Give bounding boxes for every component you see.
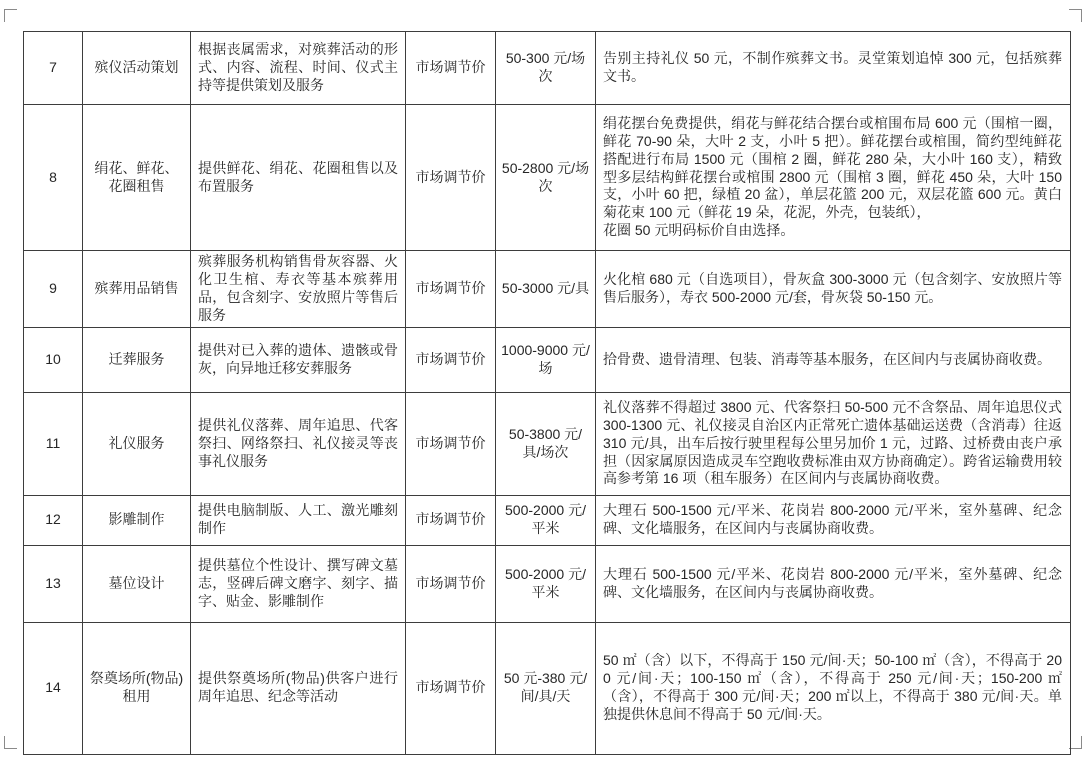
- table-row: 12 影雕制作 提供电脑制版、人工、激光雕刻制作 市场调节价 500-2000 …: [24, 495, 1071, 545]
- service-name: 礼仪服务: [83, 392, 191, 495]
- price-range: 1000-9000 元/场: [496, 327, 596, 392]
- table-row: 11 礼仪服务 提供礼仪落葬、周年追思、代客祭扫、网络祭扫、礼仪接灵等丧事礼仪服…: [24, 392, 1071, 495]
- pricing-method: 市场调节价: [406, 105, 496, 251]
- remark: 50 ㎡（含）以下，不得高于 150 元/间·天；50-100 ㎡（含），不得高…: [596, 622, 1071, 754]
- row-number: 12: [24, 495, 83, 545]
- row-number: 13: [24, 545, 83, 622]
- pricing-method: 市场调节价: [406, 392, 496, 495]
- crop-mark-top-right: [1069, 9, 1082, 22]
- document-page: 7 殡仪活动策划 根据丧属需求，对殡葬活动的形式、内容、流程、时间、仪式主持等提…: [0, 0, 1085, 757]
- table-row: 10 迁葬服务 提供对已入葬的遗体、遗骸或骨灰，向异地迁移安葬服务 市场调节价 …: [24, 327, 1071, 392]
- remark: 大理石 500-1500 元/平米、花岗岩 800-2000 元/平米，室外墓碑…: [596, 545, 1071, 622]
- table-row: 7 殡仪活动策划 根据丧属需求，对殡葬活动的形式、内容、流程、时间、仪式主持等提…: [24, 32, 1071, 105]
- service-description: 提供礼仪落葬、周年追思、代客祭扫、网络祭扫、礼仪接灵等丧事礼仪服务: [191, 392, 406, 495]
- pricing-method: 市场调节价: [406, 327, 496, 392]
- remark: 绢花摆台免费提供，绢花与鲜花结合摆台或棺围布局 600 元（围棺一圈，鲜花 70…: [596, 105, 1071, 251]
- price-range: 50 元-380 元/间/具/天: [496, 622, 596, 754]
- row-number: 14: [24, 622, 83, 754]
- row-number: 10: [24, 327, 83, 392]
- service-name: 影雕制作: [83, 495, 191, 545]
- price-range: 50-3800 元/具/场次: [496, 392, 596, 495]
- service-description: 根据丧属需求，对殡葬活动的形式、内容、流程、时间、仪式主持等提供策划及服务: [191, 32, 406, 105]
- table-row: 14 祭奠场所(物品)租用 提供祭奠场所(物品)供客户进行周年追思、纪念等活动 …: [24, 622, 1071, 754]
- price-range: 50-2800 元/场次: [496, 105, 596, 251]
- service-description: 殡葬服务机构销售骨灰容器、火化卫生棺、寿衣等基本殡葬用品，包含刻字、安放照片等售…: [191, 251, 406, 328]
- remark: 大理石 500-1500 元/平米、花岗岩 800-2000 元/平米，室外墓碑…: [596, 495, 1071, 545]
- service-name: 绢花、鲜花、花圈租售: [83, 105, 191, 251]
- row-number: 11: [24, 392, 83, 495]
- row-number: 8: [24, 105, 83, 251]
- service-name: 殡葬用品销售: [83, 251, 191, 328]
- pricing-method: 市场调节价: [406, 545, 496, 622]
- remark: 礼仪落葬不得超过 3800 元、代客祭扫 50-500 元不含祭品、周年追思仪式…: [596, 392, 1071, 495]
- remark: 拾骨费、遗骨清理、包装、消毒等基本服务，在区间内与丧属协商收费。: [596, 327, 1071, 392]
- row-number: 9: [24, 251, 83, 328]
- row-number: 7: [24, 32, 83, 105]
- service-name: 墓位设计: [83, 545, 191, 622]
- service-name: 殡仪活动策划: [83, 32, 191, 105]
- service-description: 提供对已入葬的遗体、遗骸或骨灰，向异地迁移安葬服务: [191, 327, 406, 392]
- service-description: 提供墓位个性设计、撰写碑文墓志，竖碑后碑文磨字、刻字、描字、贴金、影雕制作: [191, 545, 406, 622]
- table-row: 8 绢花、鲜花、花圈租售 提供鲜花、绢花、花圈租售以及布置服务 市场调节价 50…: [24, 105, 1071, 251]
- pricing-method: 市场调节价: [406, 32, 496, 105]
- service-description: 提供电脑制版、人工、激光雕刻制作: [191, 495, 406, 545]
- service-description: 提供祭奠场所(物品)供客户进行周年追思、纪念等活动: [191, 622, 406, 754]
- remark: 告别主持礼仪 50 元，不制作殡葬文书。灵堂策划追悼 300 元，包括殡葬文书。: [596, 32, 1071, 105]
- price-range: 50-300 元/场次: [496, 32, 596, 105]
- crop-mark-bottom-left: [4, 736, 17, 749]
- funeral-service-pricing-table: 7 殡仪活动策划 根据丧属需求，对殡葬活动的形式、内容、流程、时间、仪式主持等提…: [23, 31, 1071, 755]
- price-range: 50-3000 元/具: [496, 251, 596, 328]
- pricing-method: 市场调节价: [406, 251, 496, 328]
- table-row: 13 墓位设计 提供墓位个性设计、撰写碑文墓志，竖碑后碑文磨字、刻字、描字、贴金…: [24, 545, 1071, 622]
- pricing-method: 市场调节价: [406, 622, 496, 754]
- crop-mark-top-left: [4, 9, 17, 22]
- pricing-method: 市场调节价: [406, 495, 496, 545]
- price-range: 500-2000 元/平米: [496, 545, 596, 622]
- service-name: 祭奠场所(物品)租用: [83, 622, 191, 754]
- remark: 火化棺 680 元（自选项目），骨灰盒 300-3000 元（包含刻字、安放照片…: [596, 251, 1071, 328]
- service-name: 迁葬服务: [83, 327, 191, 392]
- service-description: 提供鲜花、绢花、花圈租售以及布置服务: [191, 105, 406, 251]
- table-row: 9 殡葬用品销售 殡葬服务机构销售骨灰容器、火化卫生棺、寿衣等基本殡葬用品，包含…: [24, 251, 1071, 328]
- price-range: 500-2000 元/平米: [496, 495, 596, 545]
